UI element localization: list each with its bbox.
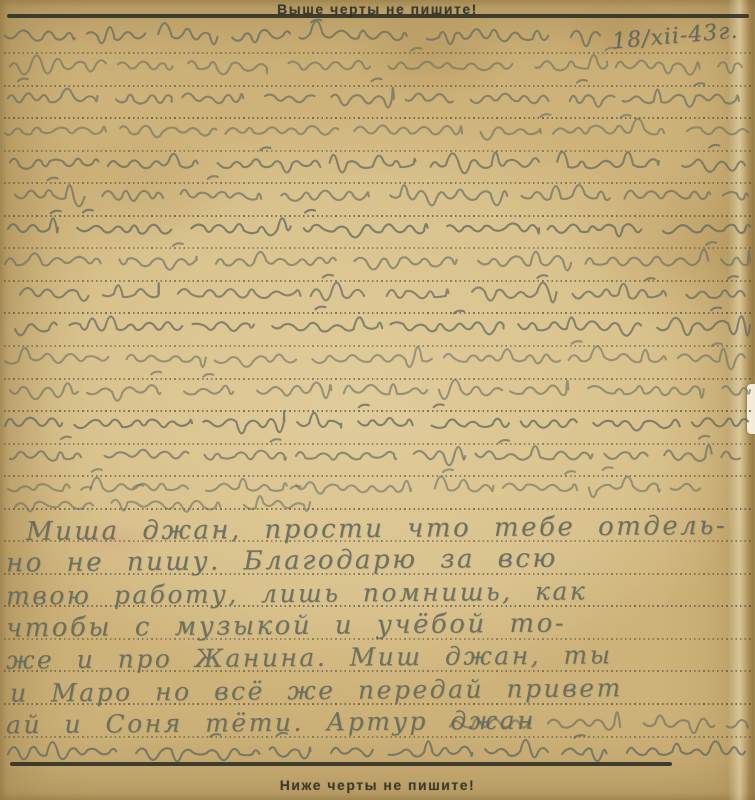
ruled-dotted-line — [4, 117, 752, 119]
handwritten-russian-line: чтобы с музыкой и учёбой то- — [6, 609, 566, 644]
handwritten-date: 18/xii-43г. — [611, 19, 739, 55]
ruled-dotted-line — [4, 280, 752, 282]
ruled-dotted-line — [4, 410, 752, 412]
ruled-dotted-line — [4, 85, 752, 87]
armenian-cursive-line — [15, 307, 750, 336]
no-write-below-label: Ниже черты не пишите! — [0, 777, 755, 793]
ruled-dotted-line — [4, 52, 752, 54]
ruled-dotted-line — [4, 378, 752, 380]
ruled-dotted-line — [4, 182, 752, 184]
letter-scan-page: Выше черты не пишите! 18/xii-43г. Миша д… — [0, 0, 755, 800]
handwritten-russian-line: ай и Соня тёти. Артур джан — [6, 706, 536, 740]
armenian-cursive-line — [5, 20, 600, 46]
armenian-cursive-line — [5, 404, 748, 433]
handwritten-russian-line: Миша джан, прости что тебе отдель- — [26, 511, 727, 547]
handwritten-russian-line: и Маро но всё же передай привет — [10, 673, 623, 707]
armenian-cursive-line — [10, 436, 740, 465]
handwritten-russian-line: но не пишу. Благодарю за всю — [6, 544, 558, 579]
ruled-dotted-line — [4, 312, 752, 314]
armenian-cursive-line — [15, 176, 748, 206]
ruled-dotted-line — [4, 475, 752, 477]
handwritten-russian-line: твою работу, лишь помнишь, как — [6, 576, 587, 610]
armenian-cursive-line — [8, 467, 700, 497]
ruled-dotted-line — [4, 443, 752, 445]
ruled-dotted-line — [4, 150, 752, 152]
armenian-cursive-line — [8, 79, 739, 108]
ruled-dotted-line — [4, 247, 752, 249]
bottom-boundary-rule — [10, 762, 672, 766]
torn-edge-notch — [747, 384, 755, 434]
ruled-dotted-line — [4, 345, 752, 347]
top-boundary-rule — [7, 14, 749, 18]
ruled-dotted-line — [4, 508, 752, 510]
handwritten-russian-line: же и про Жанина. Миш джан, ты — [6, 640, 613, 674]
ruled-dotted-line — [4, 215, 752, 217]
armenian-cursive-line — [10, 372, 750, 401]
